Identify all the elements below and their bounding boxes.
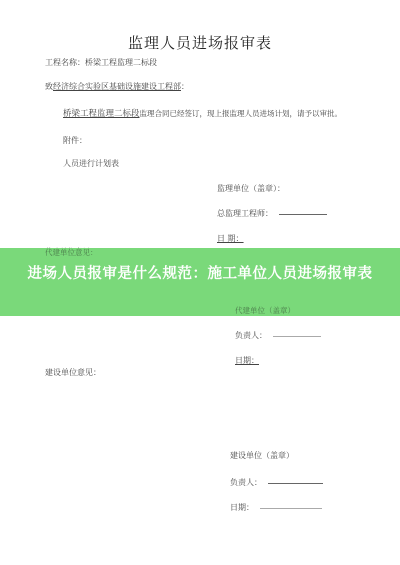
chief-engineer-label: 总监理工程师： <box>217 209 273 218</box>
agent-responsible-signature-line <box>273 336 321 337</box>
document-title: 监理人员进场报审表 <box>0 32 400 53</box>
agent-date: 日期： <box>235 355 259 366</box>
agent-responsible-label: 负责人： <box>235 331 267 340</box>
attachment-item: 人员进行计划表 <box>63 158 119 169</box>
supervisor-unit-seal: 监理单位（盖章）： <box>217 183 285 194</box>
addressee-name: 经济综合实验区基础设施建设工程部 <box>53 82 181 91</box>
agent-responsible-line: 负责人： <box>235 330 321 341</box>
owner-responsible-signature-line <box>268 483 323 484</box>
owner-date-line: 日期： <box>230 502 322 513</box>
owner-responsible-line: 负责人： <box>230 477 323 488</box>
agent-unit-seal: 代建单位（盖章） <box>235 305 295 316</box>
project-name-line: 工程名称：桥梁工程监理二标段 <box>45 57 157 68</box>
body-paragraph: 桥梁工程监理二标段监理合同已经签订，现上报监理人员进场计划，请予以审批。 <box>63 107 342 119</box>
body-project-name: 桥梁工程监理二标段 <box>63 109 140 119</box>
addressee-suffix: ： <box>181 82 189 91</box>
addressee-line: 致经济综合实验区基础设施建设工程部： <box>45 81 189 92</box>
chief-engineer-signature-line <box>279 214 327 215</box>
project-name: 桥梁工程监理二标段 <box>85 58 157 67</box>
owner-unit-seal: 建设单位（盖章） <box>230 450 294 461</box>
supervisor-date: 日 期： <box>217 233 244 244</box>
title-banner: 代建单位意见： 进场人员报审是什么规范：施工单位人员进场报审表 代建单位（盖章） <box>0 248 400 316</box>
body-text: 监理合同已经签订，现上报监理人员进场计划，请予以审批。 <box>140 109 343 118</box>
addressee-prefix: 致 <box>45 82 53 91</box>
agent-opinion-label-shadow: 代建单位意见： <box>45 247 98 258</box>
owner-opinion-label: 建设单位意见： <box>45 367 101 378</box>
attachment-label: 附件： <box>63 135 87 146</box>
banner-title: 进场人员报审是什么规范：施工单位人员进场报审表 <box>0 262 400 283</box>
owner-responsible-label: 负责人： <box>230 478 262 487</box>
project-label: 工程名称： <box>45 58 85 67</box>
owner-date-signature-line <box>260 508 322 509</box>
owner-date-label: 日期： <box>230 503 254 512</box>
chief-engineer-line: 总监理工程师： <box>217 208 327 219</box>
